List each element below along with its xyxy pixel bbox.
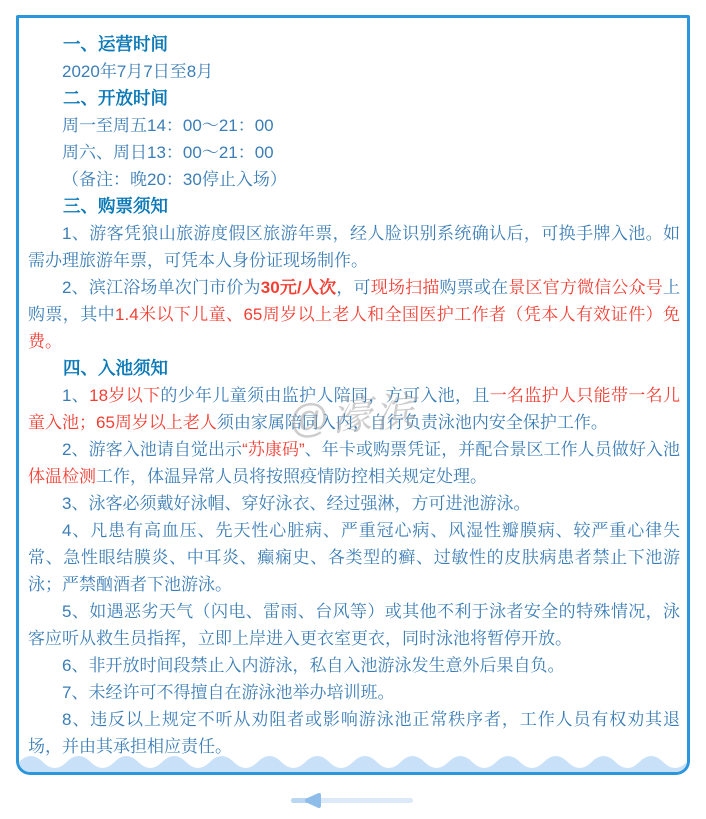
body-text: 3、泳客必须戴好泳帽、穿好泳衣、经过强淋，方可进池游泳。 <box>62 494 530 513</box>
body-text: 5、如遇恶劣天气（闪电、雷雨、台风等）或其他不利于泳者安全的特殊情况，泳客应听从… <box>28 602 680 648</box>
highlighted-text: 1.4米以下儿童、65周岁以上老人和全国医护工作者（凭本人有效证件）免费。 <box>28 305 680 351</box>
body-text: 8、违反以上规定不听从劝阻者或影响游泳池正常秩序者，工作人员有权劝其退场，并由其… <box>28 710 680 756</box>
body-text: 1、游客凭狼山旅游度假区旅游年票，经人脸识别系统确认后，可换手牌入池。如需办理旅… <box>28 224 680 270</box>
notice-paragraph: 6、非开放时间段禁止入内游泳，私自入池游泳发生意外后果自负。 <box>28 652 680 679</box>
highlighted-text: 体温检测 <box>28 467 96 486</box>
notice-paragraph: 1、游客凭狼山旅游度假区旅游年票，经人脸识别系统确认后，可换手牌入池。如需办理旅… <box>28 220 680 274</box>
notice-paragraph: （备注：晚20：30停止入场） <box>28 166 680 193</box>
body-text: 1、 <box>62 386 89 405</box>
section-heading: 一、运营时间 <box>28 31 680 58</box>
notice-paragraph: 1、18岁以下的少年儿童须由监护人陪同，方可入池，且一名监护人只能带一名儿童入池… <box>28 382 680 436</box>
highlighted-text: 18岁以下 <box>89 386 160 405</box>
notice-paragraph: 5、如遇恶劣天气（闪电、雷雨、台风等）或其他不利于泳者安全的特殊情况，泳客应听从… <box>28 598 680 652</box>
body-text: 7、未经许可不得擅自在游泳池举办培训班。 <box>62 683 394 702</box>
notice-card: 一、运营时间2020年7月7日至8月二、开放时间周一至周五14：00～21：00… <box>16 15 690 775</box>
notice-paragraph: 8、违反以上规定不听从劝阻者或影响游泳池正常秩序者，工作人员有权劝其退场，并由其… <box>28 706 680 760</box>
progress-scrubber[interactable] <box>291 792 413 809</box>
body-text: （备注：晚20：30停止入场） <box>62 170 287 189</box>
body-text: 周一至周五14：00～21：00 <box>62 116 274 135</box>
body-text: 2、游客入池请自觉出示 <box>62 440 242 459</box>
body-text: 工作，体温异常人员将按照疫情防控相关规定处理。 <box>96 467 487 486</box>
body-text: 6、非开放时间段禁止入内游泳，私自入池游泳发生意外后果自负。 <box>62 656 564 675</box>
notice-paragraph: 2、滨江浴场单次门市价为30元/人次，可现场扫描购票或在景区官方微信公众号上购票… <box>28 274 680 355</box>
body-text: 4、凡患有高血压、先天性心脏病、严重冠心病、风湿性瓣膜病、较严重心律失常、急性眼… <box>28 521 680 594</box>
section-heading: 二、开放时间 <box>28 85 680 112</box>
highlighted-text: 景区官方微信公众号 <box>508 278 663 297</box>
notice-paragraph: 2020年7月7日至8月 <box>28 58 680 85</box>
section-heading: 三、购票须知 <box>28 193 680 220</box>
body-text: 购票或在 <box>440 278 509 297</box>
body-text: 须由家属陪同入内，自行负责泳池内安全保护工作。 <box>217 413 608 432</box>
body-text: 的少年儿童须由监护人陪同，方可入池，且 <box>160 386 489 405</box>
body-text: 2、滨江浴场单次门市价为 <box>62 278 261 297</box>
notice-paragraph: 3、泳客必须戴好泳帽、穿好泳衣、经过强淋，方可进池游泳。 <box>28 490 680 517</box>
body-text: 2020年7月7日至8月 <box>62 62 213 81</box>
notice-paragraph: 4、凡患有高血压、先天性心脏病、严重冠心病、风湿性瓣膜病、较严重心律失常、急性眼… <box>28 517 680 598</box>
body-text: 周六、周日13：00～21：00 <box>62 143 274 162</box>
notice-paragraph: 周六、周日13：00～21：00 <box>28 139 680 166</box>
scrubber-handle-icon[interactable] <box>302 792 323 809</box>
body-text: 、年卡或购票凭证，并配合景区工作人员做好入池 <box>305 440 680 459</box>
notice-page: 一、运营时间2020年7月7日至8月二、开放时间周一至周五14：00～21：00… <box>0 0 706 819</box>
notice-paragraph: 周一至周五14：00～21：00 <box>28 112 680 139</box>
highlighted-text: 现场扫描 <box>371 278 440 297</box>
notice-content: 一、运营时间2020年7月7日至8月二、开放时间周一至周五14：00～21：00… <box>19 18 687 760</box>
notice-paragraph: 2、游客入池请自觉出示“苏康码”、年卡或购票凭证，并配合景区工作人员做好入池体温… <box>28 436 680 490</box>
body-text: ，可 <box>336 278 370 297</box>
section-heading: 四、入池须知 <box>28 355 680 382</box>
highlighted-text: 30元/人次 <box>261 278 337 297</box>
notice-paragraph: 7、未经许可不得擅自在游泳池举办培训班。 <box>28 679 680 706</box>
highlighted-text: “苏康码” <box>242 440 305 459</box>
